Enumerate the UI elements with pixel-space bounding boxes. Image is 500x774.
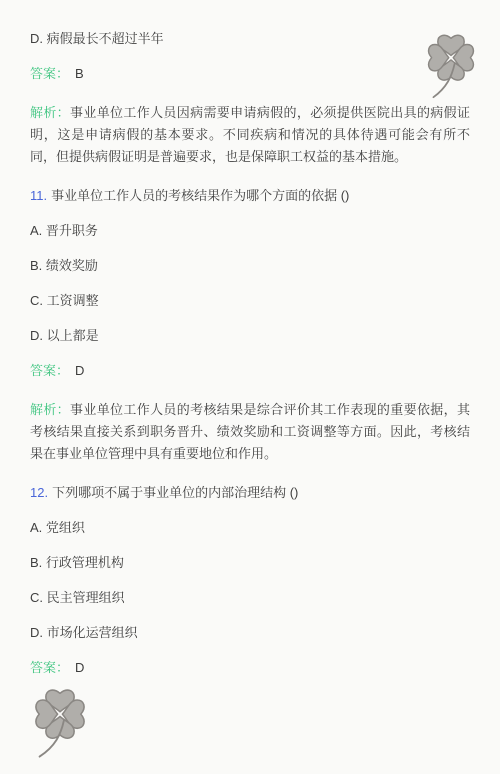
answer-value: D bbox=[75, 363, 84, 378]
clover-icon bbox=[20, 678, 100, 766]
option-line: B. 行政管理机构 bbox=[30, 552, 470, 574]
option-line: D. 病假最长不超过半年 bbox=[30, 28, 470, 50]
question-title-11: 11.事业单位工作人员的考核结果作为哪个方面的依据 () bbox=[30, 185, 470, 207]
exam-page: D. 病假最长不超过半年 答案：B 解析：事业单位工作人员因病需要申请病假的，必… bbox=[0, 0, 500, 774]
clover-icon bbox=[414, 24, 488, 106]
answer-label: 答案： bbox=[30, 660, 69, 675]
analysis-paragraph: 解析：事业单位工作人员的考核结果是综合评价其工作表现的重要依据，其考核结果直接关… bbox=[30, 399, 470, 465]
answer-value: B bbox=[75, 66, 84, 81]
answer-line: 答案：B bbox=[30, 63, 470, 85]
question-number: 12. bbox=[30, 485, 48, 500]
option-line: D. 市场化运营组织 bbox=[30, 622, 470, 644]
question-number: 11. bbox=[30, 188, 47, 203]
option-line: A. 晋升职务 bbox=[30, 220, 470, 242]
question-text: 事业单位工作人员的考核结果作为哪个方面的依据 () bbox=[51, 188, 349, 203]
answer-line: 答案：D bbox=[30, 657, 470, 679]
question-title-12: 12.下列哪项不属于事业单位的内部治理结构 () bbox=[30, 482, 470, 504]
answer-value: D bbox=[75, 660, 84, 675]
question-text: 下列哪项不属于事业单位的内部治理结构 () bbox=[52, 485, 298, 500]
option-line: C. 民主管理组织 bbox=[30, 587, 470, 609]
option-line: A. 党组织 bbox=[30, 517, 470, 539]
analysis-label: 解析： bbox=[30, 402, 70, 417]
option-line: D. 以上都是 bbox=[30, 325, 470, 347]
option-line: B. 绩效奖励 bbox=[30, 255, 470, 277]
answer-label: 答案： bbox=[30, 363, 69, 378]
answer-line: 答案：D bbox=[30, 360, 470, 382]
analysis-paragraph: 解析：事业单位工作人员因病需要申请病假的，必须提供医院出具的病假证明，这是申请病… bbox=[30, 102, 470, 168]
analysis-label: 解析： bbox=[30, 105, 70, 120]
analysis-text: 事业单位工作人员因病需要申请病假的，必须提供医院出具的病假证明，这是申请病假的基… bbox=[30, 105, 470, 164]
answer-label: 答案： bbox=[30, 66, 69, 81]
analysis-text: 事业单位工作人员的考核结果是综合评价其工作表现的重要依据，其考核结果直接关系到职… bbox=[30, 402, 470, 461]
option-line: C. 工资调整 bbox=[30, 290, 470, 312]
